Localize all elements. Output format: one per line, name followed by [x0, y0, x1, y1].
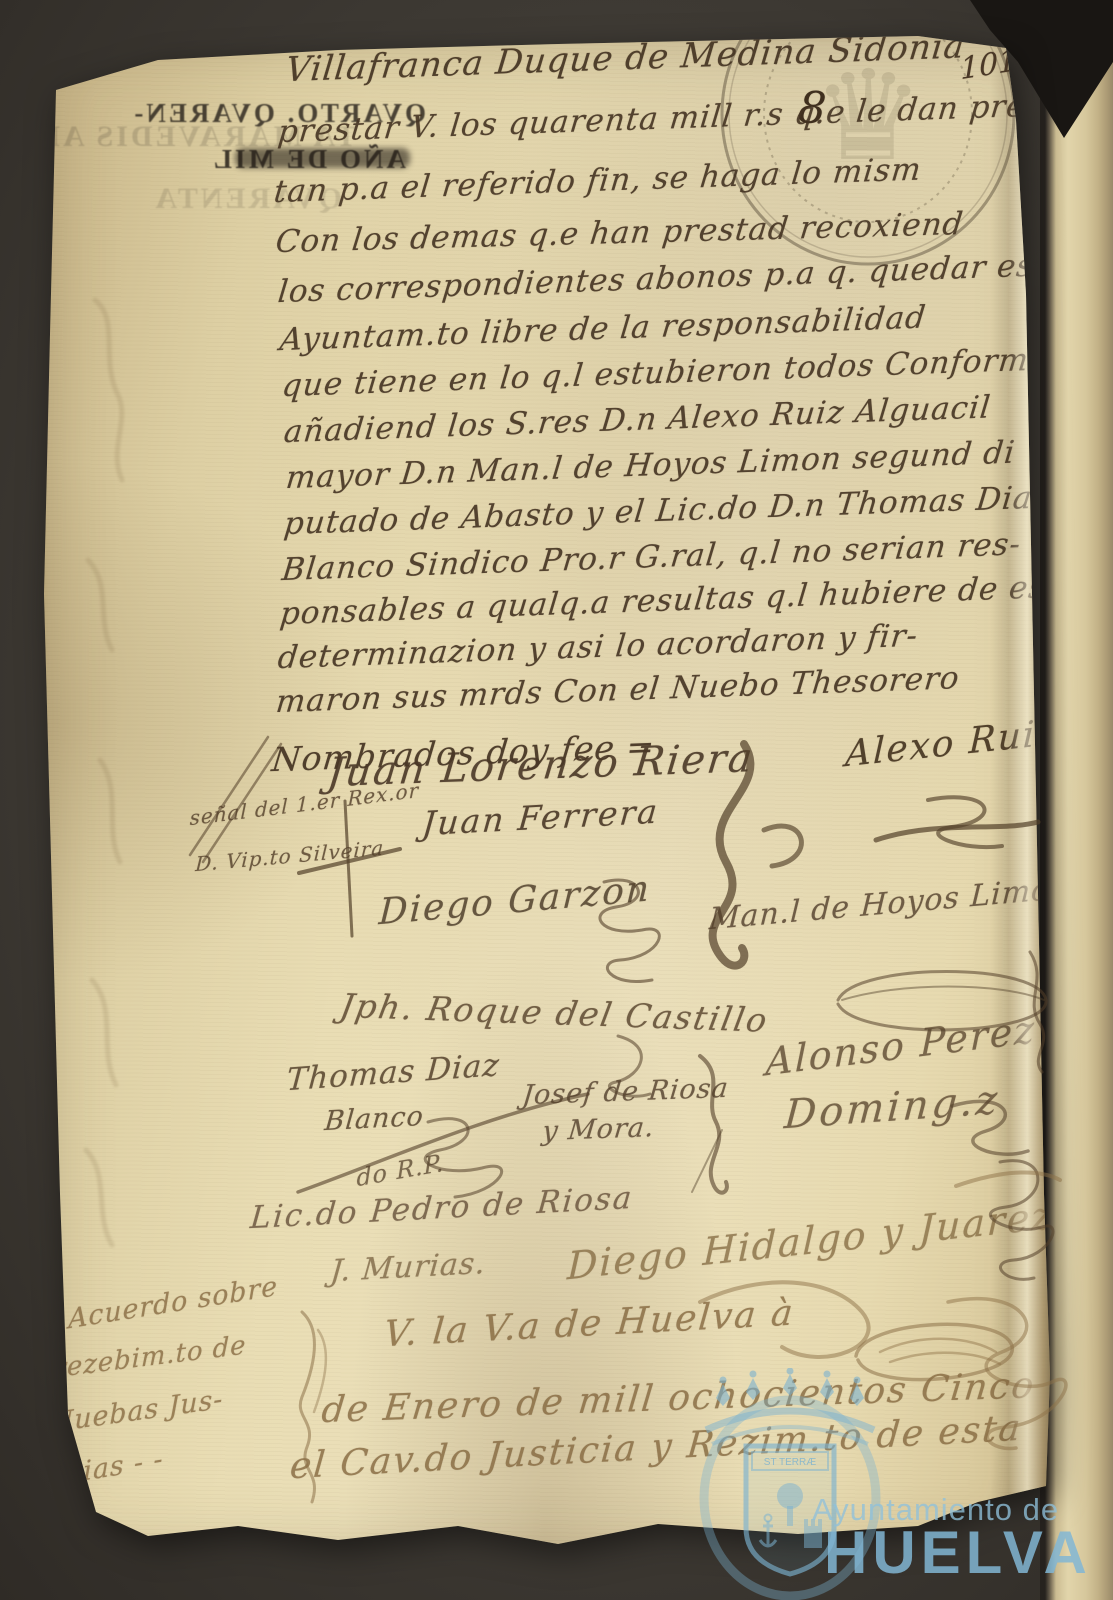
signature: do R.P. [356, 1149, 445, 1193]
signature: D. Vip.to Silveira [195, 835, 385, 876]
signature: Lic.do Pedro de Riosa [249, 1180, 635, 1236]
manuscript-page-wrap: QVARTO. QVAREN-AÑO DE MILTA MARAVEDIS AÑ… [38, 34, 1052, 1574]
signature: Doming.z [783, 1077, 1002, 1138]
margin-note-line: rezebim.to de [53, 1330, 246, 1384]
watermark-text-line2: HUELVA [824, 1518, 1092, 1587]
manuscript-page: QVARTO. QVAREN-AÑO DE MILTA MARAVEDIS AÑ… [38, 34, 1052, 1564]
signature: y Mora. [541, 1112, 657, 1147]
closing-line: V. la V.a de Huelva à [382, 1292, 796, 1355]
margin-note-line: Nuebas Jus- [50, 1384, 223, 1440]
signature: Alexo Ruiz [845, 712, 1058, 776]
signature: Juan Ferrera [421, 792, 661, 844]
signature: Jph. Roque del Castillo [337, 986, 772, 1040]
signature: Blanco [323, 1101, 425, 1137]
signature: Thomas Diaz [285, 1047, 501, 1098]
signature: J. Murias. [329, 1246, 487, 1289]
signature: Diego Hidalgo y Juarez [566, 1193, 1054, 1288]
signature: señal del 1.er Rex.or [190, 778, 420, 830]
margin-note-line: Acuerdo sobre [68, 1271, 278, 1336]
margin-note-line: ticias - - [46, 1443, 164, 1493]
signature: Josef de Riosa [521, 1073, 731, 1111]
manuscript-photo: { "page": { "folio_number": "101", "inli… [0, 0, 1113, 1600]
crest-motto: ST TERRÆ [764, 1457, 816, 1468]
signature: Man.l de Hoyos Limon [708, 870, 1071, 937]
signature: Alonso Perez [765, 1007, 1036, 1085]
signature: Diego Garzon [378, 868, 652, 933]
